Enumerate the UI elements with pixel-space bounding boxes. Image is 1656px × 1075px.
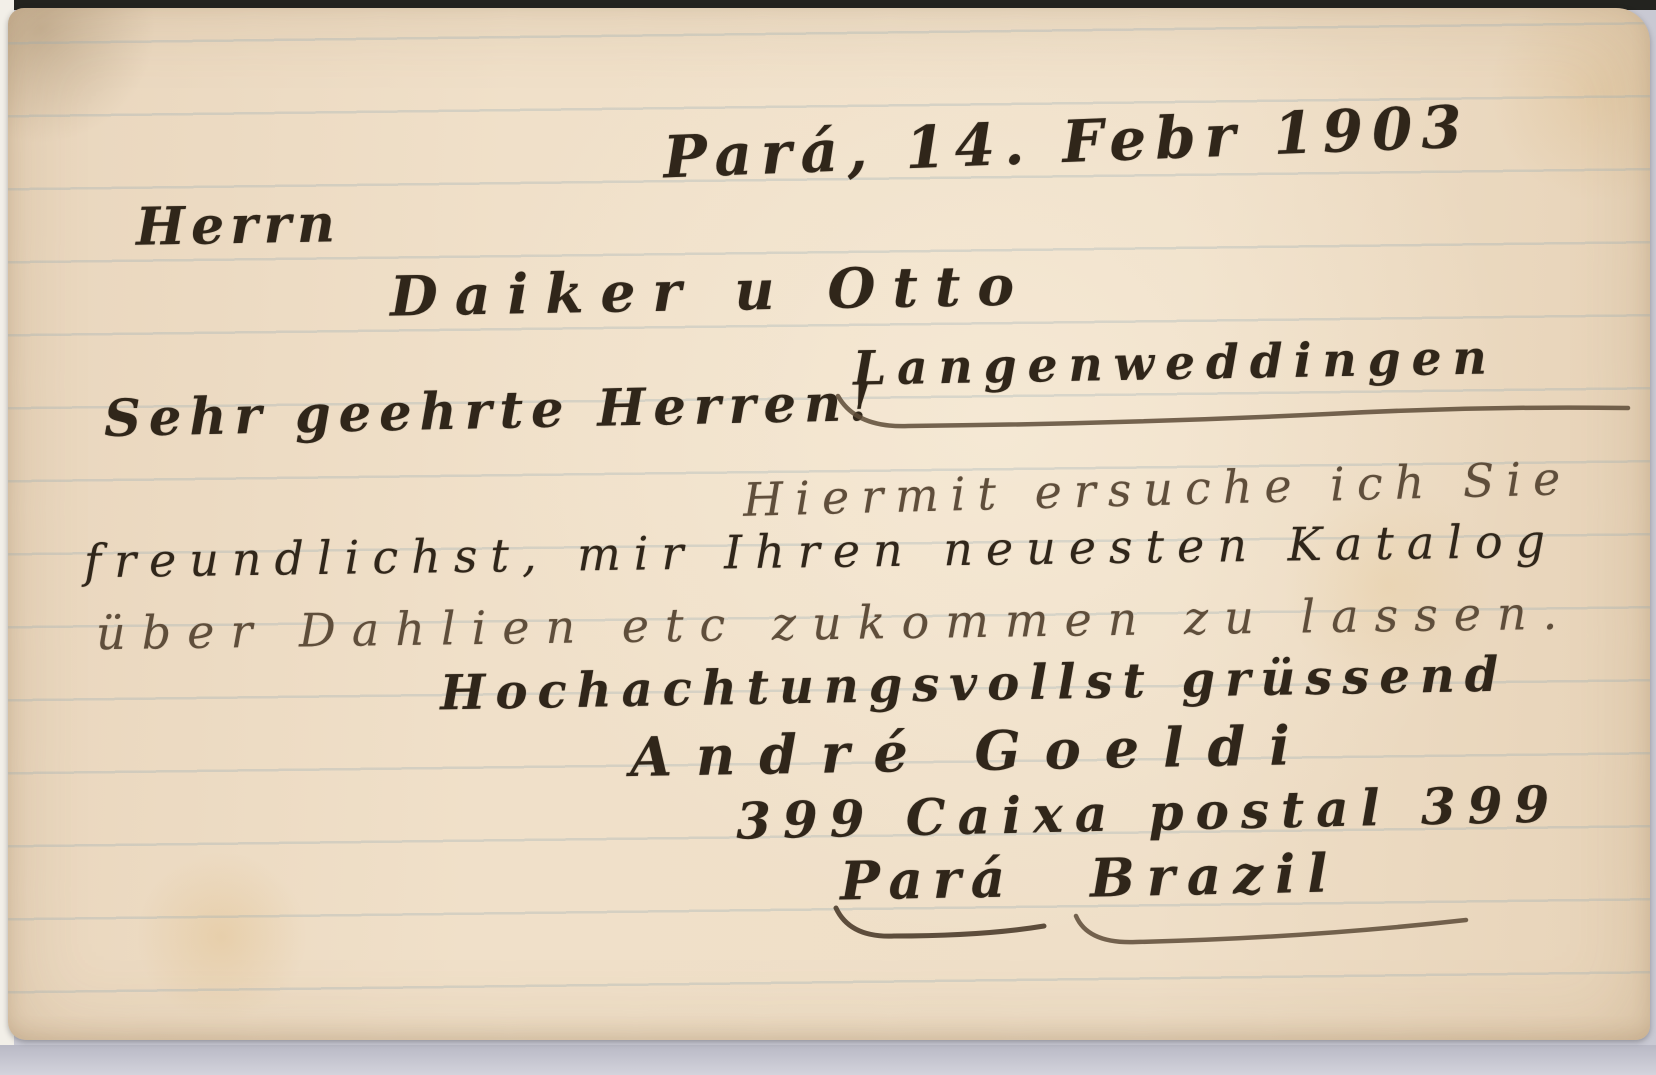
place-country: Brazil: [1089, 847, 1339, 905]
place-city: Pará: [840, 852, 1016, 908]
salutation-prefix: Herrn: [136, 198, 342, 254]
postcard: Pará, 14. Febr 1903 Herrn Daiker u Otto …: [8, 8, 1650, 1040]
scan-background-bottom: [0, 1045, 1656, 1075]
greeting-line: Sehr geehrte Herren!: [104, 378, 880, 445]
recipient-name: Daiker u Otto: [390, 257, 1032, 323]
recipient-place: Langenweddingen: [853, 334, 1498, 392]
signature: André Goeldi: [630, 718, 1315, 784]
postcard-scan: Pará, 14. Febr 1903 Herrn Daiker u Otto …: [0, 0, 1656, 1075]
